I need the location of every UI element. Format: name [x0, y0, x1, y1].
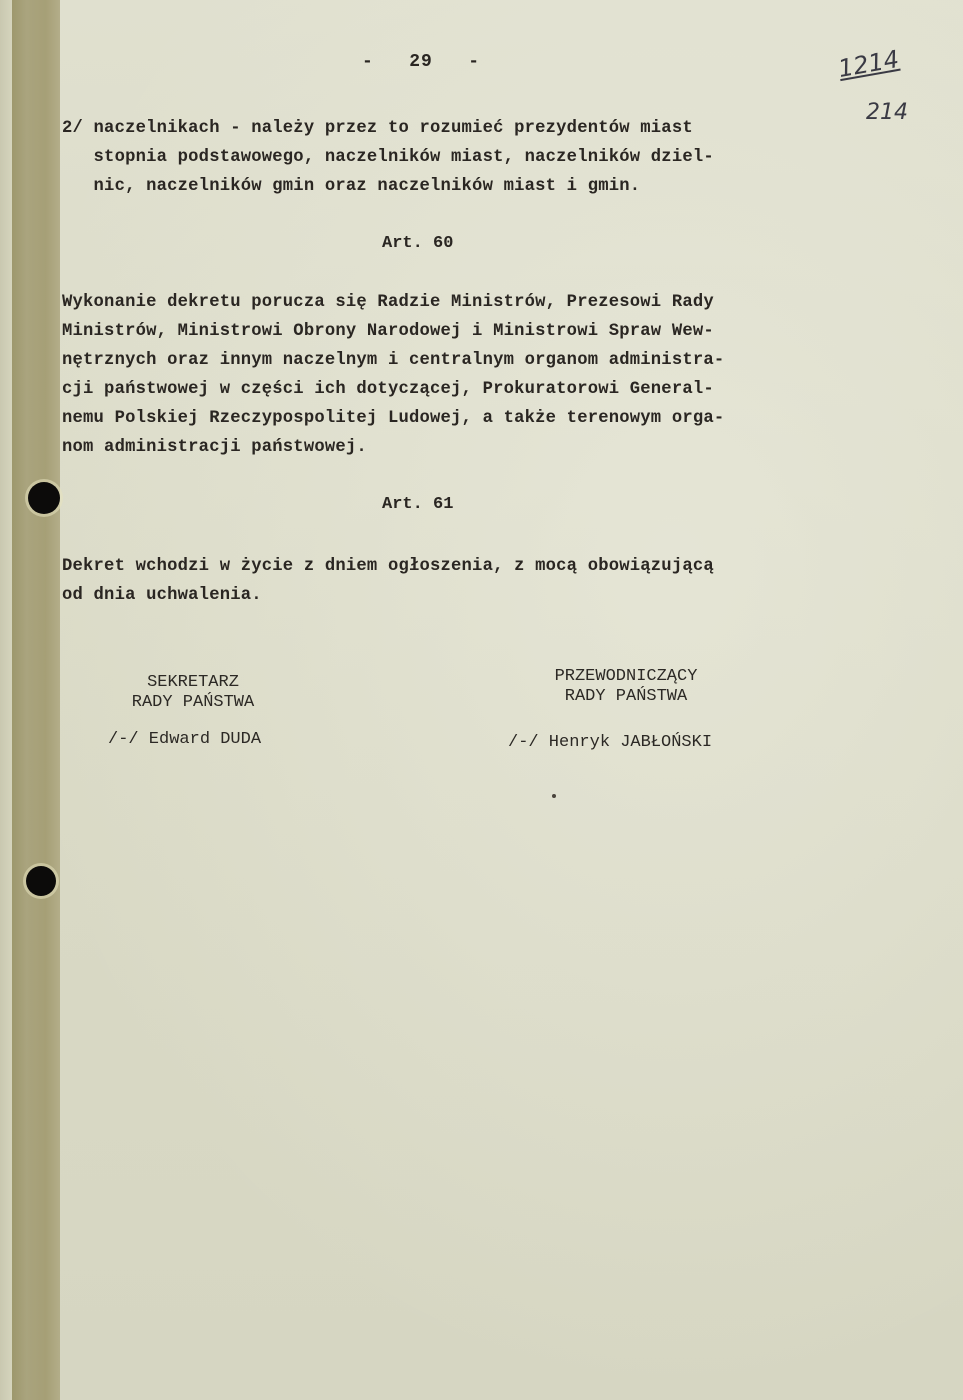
signature-title: PRZEWODNICZĄCY	[536, 666, 716, 688]
signature-title: RADY PAŃSTWA	[546, 686, 706, 708]
handwritten-folio-number: 214	[866, 100, 908, 125]
text-line: nom administracji państwowej.	[62, 433, 367, 462]
signatory-name: /-/ Henryk JABŁOŃSKI	[508, 733, 712, 752]
page-edge	[0, 0, 12, 1400]
text-line: 2/ naczelnikach - należy przez to rozumi…	[62, 114, 693, 143]
text-line: stopnia podstawowego, naczelników miast,…	[62, 143, 714, 172]
text-line: nic, naczelników gmin oraz naczelników m…	[62, 172, 640, 201]
text-line: nętrznych oraz innym naczelnym i central…	[62, 346, 724, 375]
signature-title: RADY PAŃSTWA	[108, 692, 278, 714]
text-line: cji państwowej w części ich dotyczącej, …	[62, 375, 714, 404]
signature-title: SEKRETARZ	[118, 672, 268, 694]
text-line: nemu Polskiej Rzeczypospolitej Ludowej, …	[62, 404, 724, 433]
binding-tape-strip	[12, 0, 60, 1400]
signatory-name: /-/ Edward DUDA	[108, 730, 261, 749]
text-line: od dnia uchwalenia.	[62, 581, 262, 610]
text-line: Ministrów, Ministrowi Obrony Narodowej i…	[62, 317, 714, 346]
page-number: - 29 -	[362, 52, 480, 72]
text-line: Wykonanie dekretu porucza się Radzie Min…	[62, 288, 714, 317]
article-61-heading: Art. 61	[382, 495, 453, 514]
text-line: Dekret wchodzi w życie z dniem ogłoszeni…	[62, 552, 714, 581]
punch-hole-icon	[28, 482, 60, 514]
ink-speck	[552, 794, 556, 798]
punch-hole-icon	[26, 866, 56, 896]
article-60-heading: Art. 60	[382, 234, 453, 253]
